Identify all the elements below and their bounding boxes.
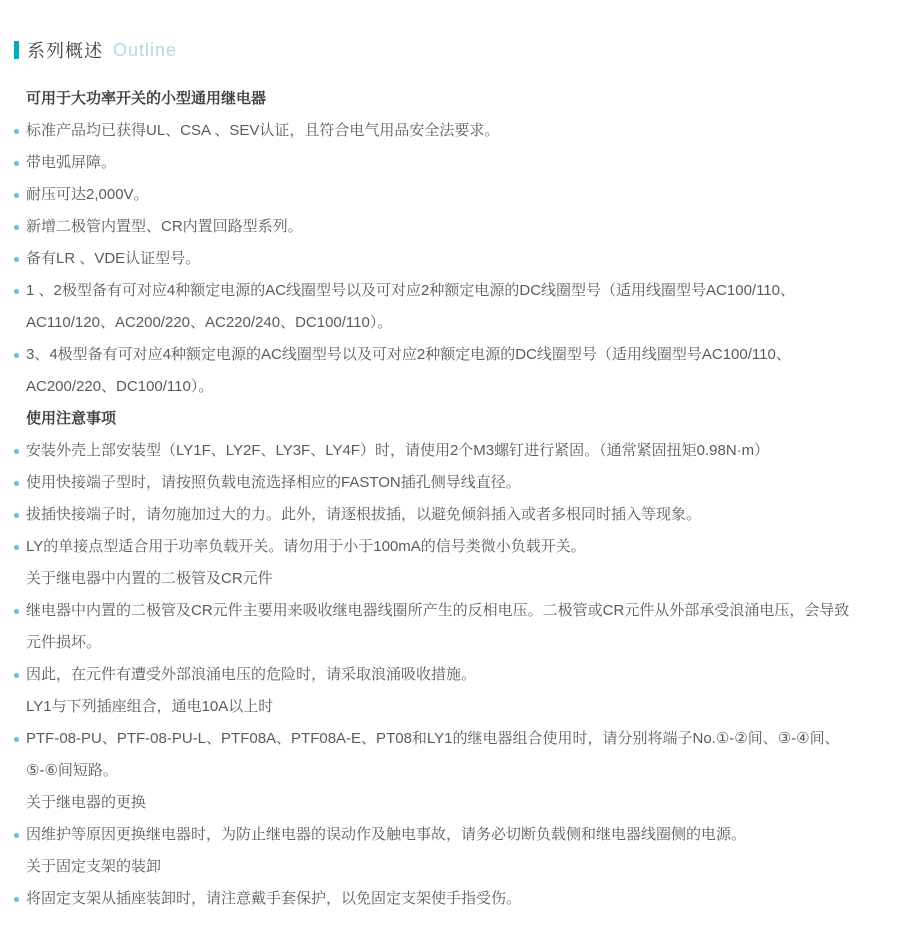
bullet-dot-icon [14, 513, 19, 518]
bullet-dot-icon [14, 129, 19, 134]
list-item: 关于继电器的更换 [0, 787, 858, 819]
list-item-text: PTF-08-PU、PTF-08-PU-L、PTF08A、PTF08A-E、PT… [26, 730, 840, 779]
list-item: 将固定支架从插座装卸时，请注意戴手套保护，以免固定支架使手指受伤。 [0, 883, 858, 915]
page-title-en: Outline [113, 40, 177, 61]
list-item: 新增二极管内置型、CR内置回路型系列。 [0, 211, 858, 243]
page-title: 系列概述 [27, 37, 103, 63]
list-item-text: 新增二极管内置型、CR内置回路型系列。 [26, 218, 303, 235]
bullet-dot-icon [14, 193, 19, 198]
list-item: 继电器中内置的二极管及CR元件主要用来吸收继电器线圈所产生的反相电压。二极管或C… [0, 595, 858, 659]
list-item-text: 可用于大功率开关的小型通用继电器 [26, 90, 266, 107]
bullet-dot-icon [14, 897, 19, 902]
list-item: 3、4极型备有可对应4种额定电源的AC线圈型号以及可对应2种额定电源的DC线圈型… [0, 339, 858, 403]
list-item: PTF-08-PU、PTF-08-PU-L、PTF08A、PTF08A-E、PT… [0, 723, 858, 787]
list-item-text: 安装外壳上部安装型（LY1F、LY2F、LY3F、LY4F）时，请使用2个M3螺… [26, 442, 769, 459]
list-item-text: 3、4极型备有可对应4种额定电源的AC线圈型号以及可对应2种额定电源的DC线圈型… [26, 346, 791, 395]
list-item: 关于固定支架的装卸 [0, 851, 858, 883]
bullet-dot-icon [14, 225, 19, 230]
bullet-dot-icon [14, 257, 19, 262]
list-item: LY1与下列插座组合，通电10A以上时 [0, 691, 858, 723]
list-item: 拔插快接端子时，请勿施加过大的力。此外，请逐根拔插，以避免倾斜插入或者多根同时插… [0, 499, 858, 531]
bullet-dot-icon [14, 289, 19, 294]
list-item-text: 继电器中内置的二极管及CR元件主要用来吸收继电器线圈所产生的反相电压。二极管或C… [26, 602, 849, 651]
list-item-text: 因此，在元件有遭受外部浪涌电压的危险时，请采取浪涌吸收措施。 [26, 666, 476, 683]
list-item: 可用于大功率开关的小型通用继电器 [0, 83, 858, 115]
list-item-text: 1 、2极型备有可对应4种额定电源的AC线圈型号以及可对应2种额定电源的DC线圈… [26, 282, 795, 331]
list-item: 关于继电器中内置的二极管及CR元件 [0, 563, 858, 595]
bullet-dot-icon [14, 545, 19, 550]
list-item: 1 、2极型备有可对应4种额定电源的AC线圈型号以及可对应2种额定电源的DC线圈… [0, 275, 858, 339]
bullet-dot-icon [14, 737, 19, 742]
bullet-dot-icon [14, 449, 19, 454]
list-item-text: LY1与下列插座组合，通电10A以上时 [26, 698, 273, 715]
list-item: 标准产品均已获得UL、CSA 、SEV认证，且符合电气用品安全法要求。 [0, 115, 858, 147]
accent-bar-icon [14, 41, 19, 59]
list-item-text: 因维护等原因更换继电器时，为防止继电器的误动作及触电事故，请务必切断负载侧和继电… [26, 826, 746, 843]
list-item-text: 关于继电器中内置的二极管及CR元件 [26, 570, 273, 587]
list-item: 耐压可达2,000V。 [0, 179, 858, 211]
list-item: 备有LR 、VDE认证型号。 [0, 243, 858, 275]
list-item-text: 标准产品均已获得UL、CSA 、SEV认证，且符合电气用品安全法要求。 [26, 122, 499, 139]
list-item: 使用快接端子型时，请按照负载电流选择相应的FASTON插孔侧导线直径。 [0, 467, 858, 499]
list-item-text: 将固定支架从插座装卸时，请注意戴手套保护，以免固定支架使手指受伤。 [26, 890, 521, 907]
bullet-dot-icon [14, 481, 19, 486]
bullet-dot-icon [14, 353, 19, 358]
section-header: 系列概述 Outline [0, 39, 900, 61]
list-item-text: 关于继电器的更换 [26, 794, 146, 811]
list-item-text: 备有LR 、VDE认证型号。 [26, 250, 200, 267]
list-item-text: 使用注意事项 [26, 410, 116, 427]
list-item-text: 使用快接端子型时，请按照负载电流选择相应的FASTON插孔侧导线直径。 [26, 474, 521, 491]
list-item-text: 带电弧屏障。 [26, 154, 116, 171]
list-item: 安装外壳上部安装型（LY1F、LY2F、LY3F、LY4F）时，请使用2个M3螺… [0, 435, 858, 467]
list-item: 带电弧屏障。 [0, 147, 858, 179]
list-item: 因维护等原因更换继电器时，为防止继电器的误动作及触电事故，请务必切断负载侧和继电… [0, 819, 858, 851]
list-item: 使用注意事项 [0, 403, 858, 435]
list-item: LY的单接点型适合用于功率负载开关。请勿用于小于100mA的信号类微小负载开关。 [0, 531, 858, 563]
bullet-dot-icon [14, 161, 19, 166]
list-item-text: 关于固定支架的装卸 [26, 858, 161, 875]
list-item-text: LY的单接点型适合用于功率负载开关。请勿用于小于100mA的信号类微小负载开关。 [26, 538, 586, 555]
bullet-dot-icon [14, 609, 19, 614]
bullet-dot-icon [14, 833, 19, 838]
bullet-dot-icon [14, 673, 19, 678]
list-item: 因此，在元件有遭受外部浪涌电压的危险时，请采取浪涌吸收措施。 [0, 659, 858, 691]
list-item-text: 拔插快接端子时，请勿施加过大的力。此外，请逐根拔插，以避免倾斜插入或者多根同时插… [26, 506, 701, 523]
content-list: 可用于大功率开关的小型通用继电器 标准产品均已获得UL、CSA 、SEV认证，且… [0, 83, 900, 915]
document-page: 系列概述 Outline 可用于大功率开关的小型通用继电器 标准产品均已获得UL… [0, 0, 900, 930]
list-item-text: 耐压可达2,000V。 [26, 186, 149, 203]
